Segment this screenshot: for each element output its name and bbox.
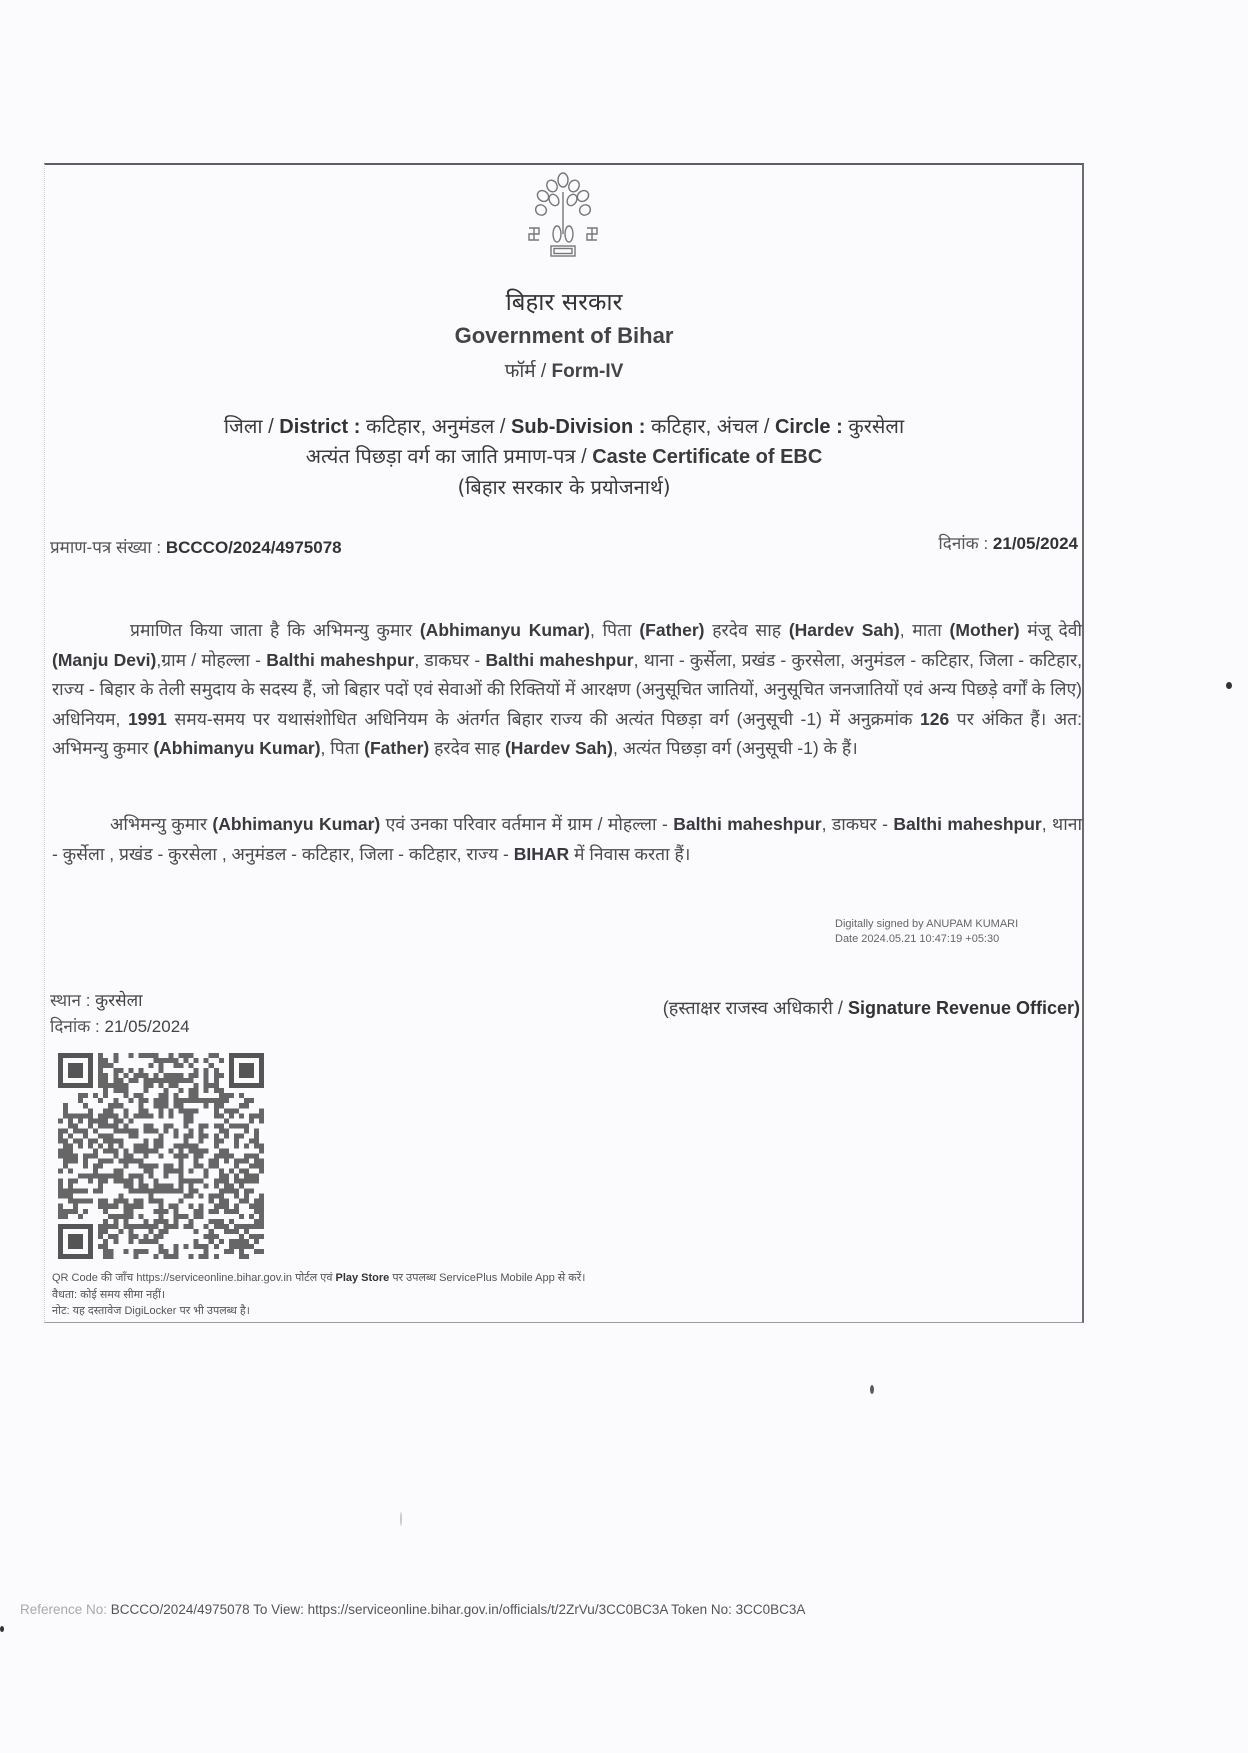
subdivision-value: कटिहार [651, 416, 706, 438]
certificate-title-english: Caste Certificate of EBC [592, 446, 822, 468]
district-label-hindi: जिला [224, 416, 263, 438]
issue-date-value: 21/05/2024 [105, 1017, 190, 1036]
circle-label: Circle [775, 416, 831, 438]
text: प्रमाणित किया जाता है कि अभिमन्यु कुमार [130, 620, 420, 640]
text: हरदेव साह [704, 620, 788, 640]
bold-text: (Mother) [950, 620, 1020, 640]
text: , माता [900, 620, 950, 640]
certificate-number-value: BCCCO/2024/4975078 [166, 538, 342, 557]
certificate-purpose: (बिहार सरकार के प्रयोजनार्थ) [44, 473, 1084, 500]
certificate-date-value: 21/05/2024 [993, 534, 1078, 553]
bold-text: (Abhimanyu Kumar) [153, 738, 320, 758]
reference-label: Reference No: [20, 1602, 107, 1617]
bold-text: (Hardev Sah) [505, 738, 613, 758]
certification-paragraph: प्रमाणित किया जाता है कि अभिमन्यु कुमार … [52, 616, 1082, 764]
district-label: District [279, 416, 348, 438]
text: एवं उनका परिवार वर्तमान में ग्राम / मोहल… [380, 814, 673, 834]
form-number: फॉर्म / Form-IV [44, 357, 1084, 383]
residence-paragraph: अभिमन्यु कुमार (Abhimanyu Kumar) एवं उनक… [52, 810, 1082, 869]
text: में निवास करता हैं। [569, 844, 690, 864]
scan-speck [0, 1626, 4, 1632]
gov-title-hindi: बिहार सरकार [44, 285, 1084, 318]
bold-text: (Father) [364, 738, 429, 758]
issue-date-label: दिनांक : [50, 1017, 100, 1036]
bold-text: 126 [920, 709, 949, 729]
text: मंजू देवी [1020, 620, 1083, 640]
validity-note: वैधता: कोई समय सीमा नहीं। [52, 1287, 585, 1304]
digital-signature: Digitally signed by ANUPAM KUMARI Date 2… [835, 917, 1018, 947]
verification-notes: QR Code की जाँच https://serviceonline.bi… [52, 1270, 585, 1320]
certificate-number: प्रमाण-पत्र संख्या : BCCCO/2024/4975078 [50, 535, 342, 558]
bold-text: Balthi maheshpur [893, 814, 1041, 834]
bold-text: (Hardev Sah) [789, 620, 900, 640]
bold-text: (Abhimanyu Kumar) [420, 620, 590, 640]
circle-value: कुरसेला [848, 416, 904, 438]
digilocker-note: नोट: यह दस्तावेज DigiLocker पर भी उपलब्ध… [52, 1303, 585, 1320]
issue-place: स्थान : कुरसेला [50, 988, 190, 1014]
scan-speck [1226, 682, 1232, 689]
jurisdiction-line: जिला / District : कटिहार, अनुमंडल / Sub-… [44, 412, 1084, 439]
certificate-date-label: दिनांक : [938, 534, 988, 553]
signature-label-english: Signature Revenue Officer) [848, 998, 1080, 1018]
reference-text[interactable]: BCCCO/2024/4975078 To View: https://serv… [107, 1602, 805, 1617]
text: , पिता [590, 620, 639, 640]
bold-text: BIHAR [514, 844, 569, 864]
certificate-number-label: प्रमाण-पत्र संख्या : [50, 538, 161, 557]
text: हरदेव साह [429, 738, 505, 758]
subdivision-label: Sub-Division [511, 416, 633, 438]
bold-text: Balthi maheshpur [266, 650, 414, 670]
text: , डाकघर - [822, 814, 894, 834]
bold-text: Balthi maheshpur [485, 650, 633, 670]
district-value: कटिहार [366, 416, 421, 438]
servicplus-text: पर उपलब्ध ServicePlus Mobile App से करें… [389, 1272, 585, 1284]
issue-date: दिनांक : 21/05/2024 [50, 1014, 190, 1040]
bold-text: Balthi maheshpur [673, 814, 821, 834]
text: ,ग्राम / मोहल्ला - [156, 650, 266, 670]
qr-code-icon[interactable] [58, 1053, 264, 1259]
text: , डाकघर - [414, 650, 485, 670]
bold-text: (Father) [639, 620, 704, 640]
gov-title-english: Government of Bihar [44, 323, 1084, 349]
text: , अत्यंत पिछड़ा वर्ग (अनुसूची -1) के हैं… [613, 738, 858, 758]
certificate-title-hindi: अत्यंत पिछड़ा वर्ग का जाति प्रमाण-पत्र [306, 446, 576, 468]
certificate-title: अत्यंत पिछड़ा वर्ग का जाति प्रमाण-पत्र /… [44, 442, 1084, 469]
bold-text: (Manju Devi) [52, 650, 156, 670]
qr-verify-text: QR Code की जाँच https://serviceonline.bi… [52, 1272, 336, 1284]
digital-signature-signer: Digitally signed by ANUPAM KUMARI [835, 917, 1018, 932]
issue-place-label: स्थान : [50, 991, 90, 1010]
play-store-text: Play Store [336, 1272, 390, 1284]
scan-speck [870, 1385, 874, 1394]
subdivision-label-hindi: अनुमंडल [432, 416, 495, 438]
form-label-english: Form-IV [552, 361, 624, 382]
circle-label-hindi: अंचल [717, 416, 759, 438]
text: अभिमन्यु कुमार [110, 814, 212, 834]
digital-signature-date: Date 2024.05.21 10:47:19 +05:30 [835, 932, 1018, 947]
text: समय-समय पर यथासंशोधित अधिनियम के अंतर्गत… [167, 709, 920, 729]
text: , पिता [321, 738, 365, 758]
certificate-date: दिनांक : 21/05/2024 [938, 531, 1078, 554]
bold-text: (Abhimanyu Kumar) [212, 814, 380, 834]
signature-label-hindi: (हस्ताक्षर राजस्व अधिकारी / [663, 998, 843, 1018]
signature-revenue-officer: (हस्ताक्षर राजस्व अधिकारी / Signature Re… [663, 996, 1080, 1020]
reference-footer: Reference No: BCCCO/2024/4975078 To View… [20, 1602, 805, 1617]
issue-details: स्थान : कुरसेला दिनांक : 21/05/2024 [50, 988, 190, 1040]
form-label-hindi: फॉर्म [505, 361, 536, 382]
qr-verify-note: QR Code की जाँच https://serviceonline.bi… [52, 1270, 585, 1287]
issue-place-value: कुरसेला [95, 991, 142, 1010]
bihar-emblem-icon [523, 172, 603, 262]
bold-text: 1991 [128, 709, 167, 729]
scan-speck [400, 1512, 402, 1526]
